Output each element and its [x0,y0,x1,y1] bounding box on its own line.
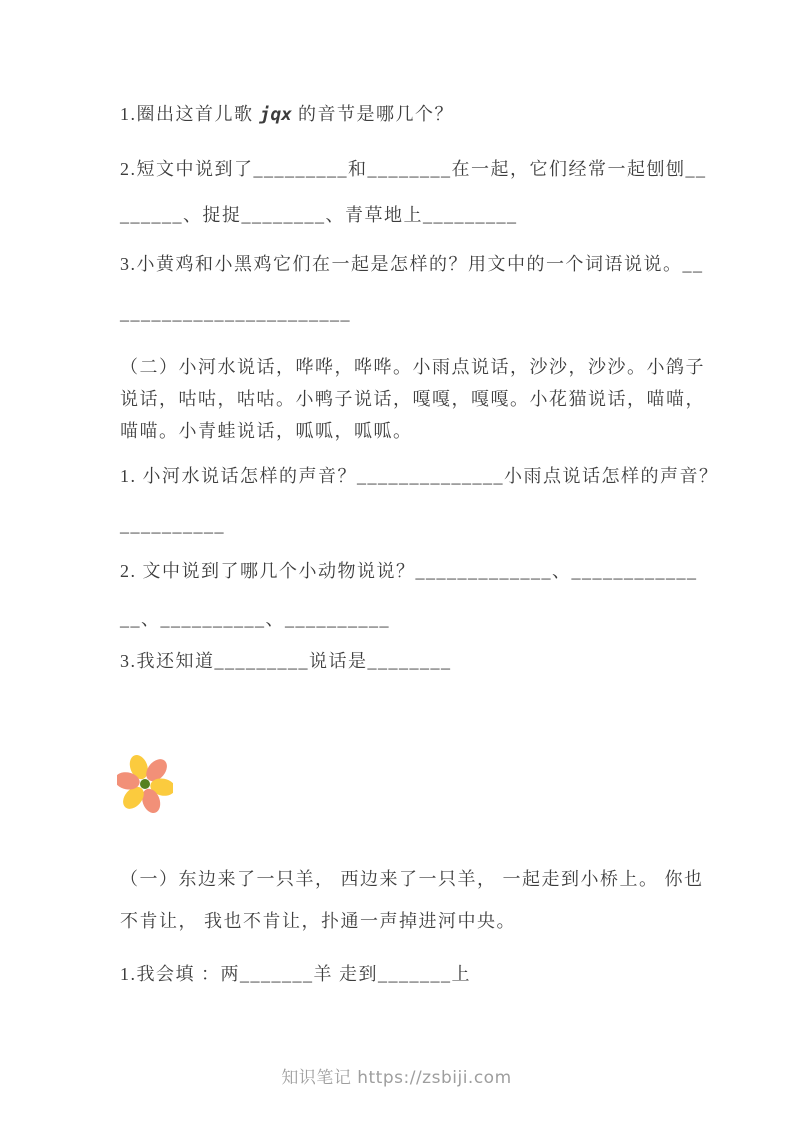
block-2-question-3: 3.我还知道_________说话是________ [120,650,680,672]
worksheet-page: 1.圈出这首儿歌 jqx 的音节是哪几个？ 2.短文中说到了_________和… [0,0,793,1122]
question-3-blank-line: ______________________ [120,302,680,324]
passage-2-line-2: 说话，咕咕，咕咕。小鸭子说话，嘎嘎，嘎嘎。小花猫说话，喵喵， [120,388,680,410]
block-1-question-1: 1.我会填 ：两_______羊 走到_______上 [120,963,680,985]
passage-2-line-1: （二）小河水说话，哗哗，哗哗。小雨点说话，沙沙，沙沙。小鸽子 [120,356,680,378]
question-2-line-1: 2.短文中说到了_________和________在一起，它们经常一起刨刨__ [120,158,680,180]
question-3-line-1: 3.小黄鸡和小黑鸡它们在一起是怎样的？用文中的一个词语说说。__ [120,253,680,275]
flower-icon [117,752,173,816]
question-1-suffix: 的音节是哪几个？ [292,104,454,124]
passage-2-line-3: 喵喵。小青蛙说话，呱呱，呱呱。 [120,420,680,442]
block-2-question-2-line-1: 2. 文中说到了哪几个小动物说说？_____________、_________… [120,560,680,582]
pinyin-jqx: jqx [260,104,293,125]
flower-center [140,779,150,789]
passage-1-line-1: （一）东边来了一只羊， 西边来了一只羊， 一起走到小桥上。 你也 [120,868,680,890]
question-2-line-2: ______、捉捉________、青草地上_________ [120,204,680,226]
footer-watermark: 知识笔记 https://zsbiji.com [0,1063,793,1088]
block-2-question-2-line-2: __、__________、__________ [120,608,680,630]
question-1-prefix: 1.圈出这首儿歌 [120,104,260,124]
passage-1-line-2: 不肯让， 我也不肯让，扑通一声掉进河中央。 [120,910,680,932]
block-2-question-1-line-1: 1. 小河水说话怎样的声音？______________小雨点说话怎样的声音？ [120,465,680,487]
footer-site-link[interactable]: 知识笔记 https://zsbiji.com [281,1068,511,1088]
question-1-jqx: 1.圈出这首儿歌 jqx 的音节是哪几个？ [120,103,680,126]
block-2-question-1-blank-line: __________ [120,514,680,536]
